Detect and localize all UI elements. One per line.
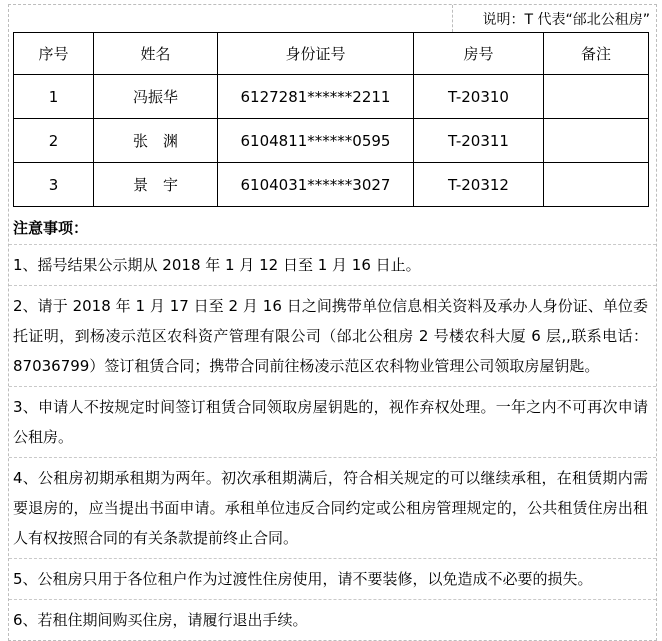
header-serial-number: 序号	[14, 33, 94, 75]
cell-id-number: 6104031******3027	[218, 163, 414, 207]
cell-name: 冯振华	[94, 75, 218, 119]
cell-remark	[544, 119, 649, 163]
legend-row: 说明：T 代表“邰北公租房”	[9, 5, 656, 32]
cell-name: 景 宇	[94, 163, 218, 207]
header-name: 姓名	[94, 33, 218, 75]
table-row: 1 冯振华 6127281******2211 T-20310	[14, 75, 649, 119]
cell-serial-number: 3	[14, 163, 94, 207]
table-header-row: 序号 姓名 身份证号 房号 备注	[14, 33, 649, 75]
header-remark: 备注	[544, 33, 649, 75]
cell-serial-number: 1	[14, 75, 94, 119]
note-item-6: 6、若租住期间购买住房，请履行退出手续。	[9, 599, 656, 640]
cell-room-number: T-20312	[414, 163, 544, 207]
note-item-4: 4、公租房初期承租期为两年。初次承租期满后，符合相关规定的可以继续承租，在租赁期…	[9, 457, 656, 558]
cell-room-number: T-20311	[414, 119, 544, 163]
cell-name: 张 渊	[94, 119, 218, 163]
notes-title: 注意事项：	[9, 207, 656, 244]
document-sheet: 说明：T 代表“邰北公租房” 序号 姓名 身份证号 房号 备注 1 冯振华 61…	[8, 4, 657, 641]
cell-remark	[544, 163, 649, 207]
note-item-3: 3、申请人不按规定时间签订租赁合同领取房屋钥匙的，视作弃权处理。一年之内不可再次…	[9, 386, 656, 457]
cell-remark	[544, 75, 649, 119]
table-row: 2 张 渊 6104811******0595 T-20311	[14, 119, 649, 163]
cell-id-number: 6104811******0595	[218, 119, 414, 163]
cell-id-number: 6127281******2211	[218, 75, 414, 119]
allocation-table: 序号 姓名 身份证号 房号 备注 1 冯振华 6127281******2211…	[13, 32, 649, 207]
cell-serial-number: 2	[14, 119, 94, 163]
header-id-number: 身份证号	[218, 33, 414, 75]
note-item-1: 1、摇号结果公示期从 2018 年 1 月 12 日至 1 月 16 日止。	[9, 244, 656, 285]
header-room-number: 房号	[414, 33, 544, 75]
cell-room-number: T-20310	[414, 75, 544, 119]
note-item-2: 2、请于 2018 年 1 月 17 日至 2 月 16 日之间携带单位信息相关…	[9, 285, 656, 386]
legend-note: 说明：T 代表“邰北公租房”	[452, 5, 656, 32]
note-item-5: 5、公租房只用于各位租户作为过渡性住房使用，请不要装修，以免造成不必要的损失。	[9, 558, 656, 599]
table-row: 3 景 宇 6104031******3027 T-20312	[14, 163, 649, 207]
